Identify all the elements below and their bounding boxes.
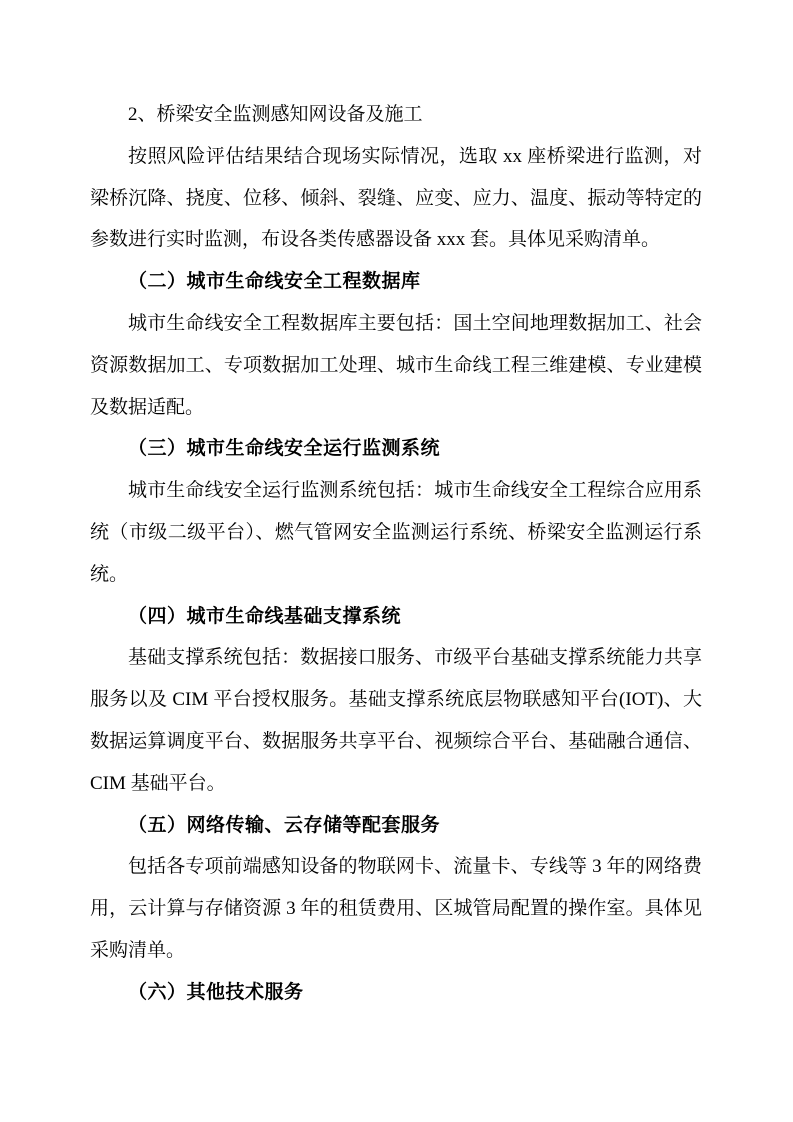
section-heading: （四）城市生命线基础支撑系统 — [90, 596, 702, 638]
section-heading: （五）网络传输、云存储等配套服务 — [90, 805, 702, 847]
body-paragraph: 按照风险评估结果结合现场实际情况，选取 xx 座桥梁进行监测，对梁桥沉降、挠度、… — [90, 136, 702, 261]
body-paragraph: 包括各专项前端感知设备的物联网卡、流量卡、专线等 3 年的网络费用，云计算与存储… — [90, 846, 702, 971]
section-heading: （二）城市生命线安全工程数据库 — [90, 261, 702, 303]
section-heading: （六）其他技术服务 — [90, 972, 702, 1014]
body-paragraph: 基础支撑系统包括：数据接口服务、市级平台基础支撑系统能力共享服务以及 CIM 平… — [90, 637, 702, 804]
document-body: 2、桥梁安全监测感知网设备及施工按照风险评估结果结合现场实际情况，选取 xx 座… — [0, 0, 793, 1014]
section-heading: （三）城市生命线安全运行监测系统 — [90, 428, 702, 470]
body-paragraph: 2、桥梁安全监测感知网设备及施工 — [90, 94, 702, 136]
body-paragraph: 城市生命线安全工程数据库主要包括：国土空间地理数据加工、社会资源数据加工、专项数… — [90, 303, 702, 428]
document-page: 2、桥梁安全监测感知网设备及施工按照风险评估结果结合现场实际情况，选取 xx 座… — [0, 0, 793, 1122]
body-paragraph: 城市生命线安全运行监测系统包括：城市生命线安全工程综合应用系统（市级二级平台）、… — [90, 470, 702, 595]
